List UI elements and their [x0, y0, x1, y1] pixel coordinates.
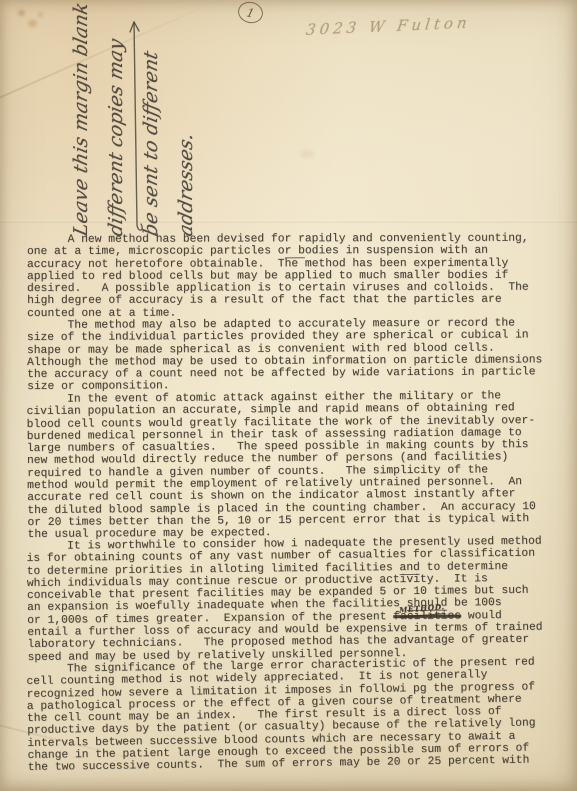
- annotation-line: addresses.: [169, 2, 204, 239]
- typed-line: high degree of accuracy is a result of t…: [27, 294, 565, 308]
- paragraph: The significance of the large error char…: [26, 656, 566, 775]
- handwritten-margin-annotation: Leave this margin blank different copies…: [64, 6, 226, 236]
- underlined-text: r b: [285, 246, 305, 259]
- struck-word: facilitiesMETHOD.: [393, 611, 461, 624]
- annotation-line: be sent to different: [134, 2, 169, 239]
- document-page: 1 3023 W Fulton Leave this margin blank …: [0, 0, 577, 791]
- paper-stain: [300, 150, 314, 158]
- handwritten-correction: METHOD.: [399, 601, 445, 618]
- paragraph: It is worthwhile to consider how i nadeq…: [26, 536, 565, 665]
- paper-stain: [28, 20, 37, 27]
- paper-stain: [38, 12, 43, 17]
- typed-text-body: A new method has been devised for rapidl…: [27, 234, 565, 775]
- paragraph: The method may also be adapted to accura…: [27, 317, 565, 394]
- typed-line: one at a time, microscopic particles or …: [27, 245, 565, 259]
- paragraph: A new method has been devised for rapidl…: [27, 233, 565, 320]
- annotation-line: Leave this margin blank: [64, 2, 99, 239]
- paragraph: In the event of atomic attack against ei…: [26, 390, 565, 542]
- pencil-address-note: 3023 W Fulton: [305, 11, 527, 39]
- page-number: 1: [236, 0, 265, 26]
- paper-stain: [18, 10, 25, 16]
- page-number-text: 1: [245, 5, 256, 20]
